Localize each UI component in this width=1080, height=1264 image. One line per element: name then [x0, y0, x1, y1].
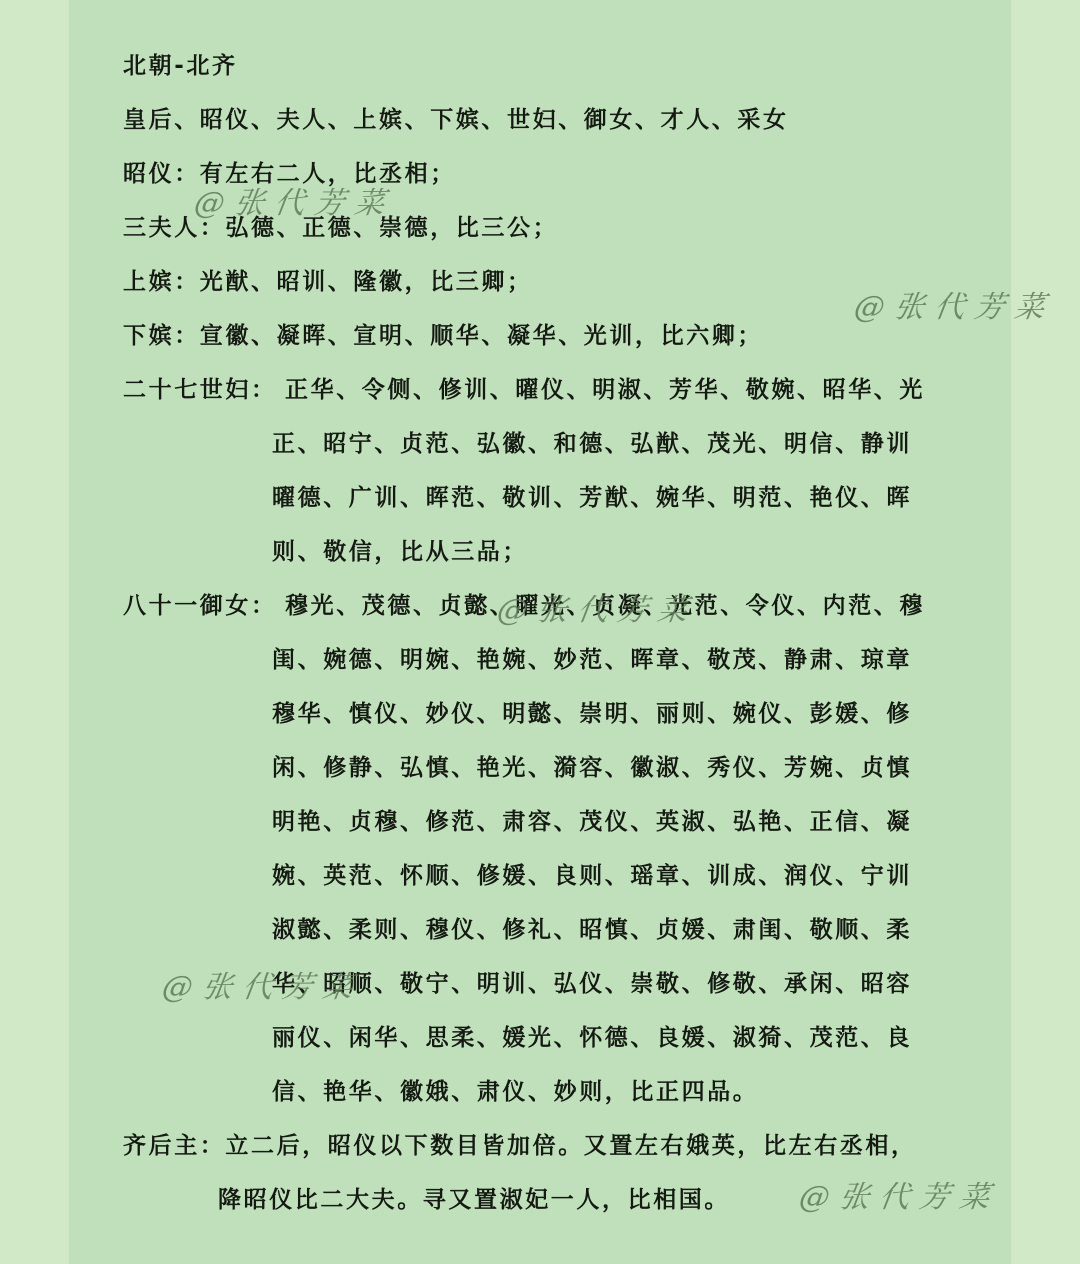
yunu-line: 穆华、慎仪、妙仪、明懿、崇明、丽则、婉仪、彭媛、修	[272, 700, 912, 728]
watermark: @张代芳菜	[192, 178, 398, 222]
watermark: @张代芳菜	[797, 1172, 1003, 1216]
shifu-line: 正、昭宁、贞范、弘徽、和德、弘猷、茂光、明信、静训	[272, 430, 912, 458]
shifu-line: 曜德、广训、晖范、敬训、芳猷、婉华、明范、艳仪、晖	[272, 484, 912, 512]
yunu-line: 淑懿、柔则、穆仪、修礼、昭慎、贞媛、肃闺、敬顺、柔	[272, 916, 912, 944]
yunu-line: 婉、英范、怀顺、修媛、良则、瑶章、训成、润仪、宁训	[272, 862, 912, 890]
shifu-label: 二十七世妇：	[123, 376, 277, 404]
watermark: @张代芳菜	[495, 585, 701, 629]
yunu-line: 华、昭顺、敬宁、明训、弘仪、崇敬、修敬、承闲、昭容	[272, 970, 912, 998]
yunu-line: 明艳、贞穆、修范、肃容、茂仪、英淑、弘艳、正信、凝	[272, 808, 912, 836]
rank-summary-line: 皇后、昭仪、夫人、上嫔、下嫔、世妇、御女、才人、采女	[123, 106, 789, 134]
shifu-line: 则、敬信，比从三品；	[272, 538, 528, 566]
houzhu-line: 齐后主：立二后，昭仪以下数目皆加倍。又置左右娥英，比左右丞相，	[123, 1132, 917, 1160]
shang-pin-line: 上嫔：光猷、昭训、隆徽，比三卿；	[123, 268, 533, 296]
watermark: @张代芳菜	[160, 962, 366, 1006]
watermark: @张代芳菜	[852, 282, 1058, 326]
shifu-line: 正华、令侧、修训、曜仪、明淑、芳华、敬婉、昭华、光	[285, 376, 925, 404]
yunu-line: 闺、婉德、明婉、艳婉、妙范、晖章、敬茂、静肃、琼章	[272, 646, 912, 674]
yunu-line: 闲、修静、弘慎、艳光、漪容、徽淑、秀仪、芳婉、贞慎	[272, 754, 912, 782]
yunu-label: 八十一御女：	[123, 592, 277, 620]
document-title: 北朝-北齐	[123, 52, 238, 80]
yunu-line: 信、艳华、徽娥、肃仪、妙则，比正四品。	[272, 1078, 758, 1106]
houzhu-line: 降昭仪比二大夫。寻又置淑妃一人，比相国。	[218, 1186, 730, 1214]
yunu-line: 丽仪、闲华、思柔、媛光、怀德、良媛、淑猗、茂范、良	[272, 1024, 912, 1052]
xia-pin-line: 下嫔：宣徽、凝晖、宣明、顺华、凝华、光训，比六卿；	[123, 322, 763, 350]
